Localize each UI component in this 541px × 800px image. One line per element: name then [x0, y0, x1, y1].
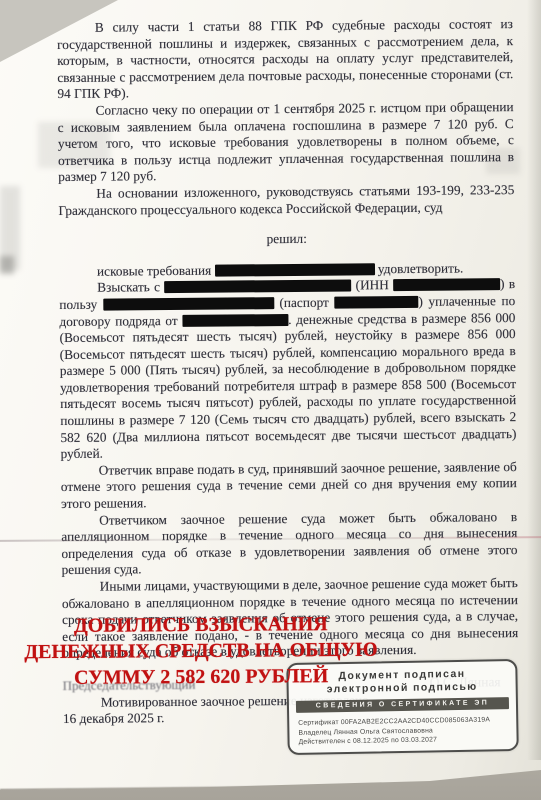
- redaction-bar: [164, 280, 351, 294]
- redaction-bar: [103, 297, 274, 310]
- redaction-bar: [334, 296, 418, 309]
- recovery-segment: . денежные средства в размере 856 000 (В…: [60, 310, 517, 462]
- claims-text-after: удовлетворить.: [374, 260, 463, 276]
- red-annotation-line1: ДОБИЛИСЬ ВЗЫСКАНИЯ: [20, 611, 382, 640]
- recovery-segment: (паспорт: [274, 295, 335, 311]
- red-annotation-overlay: ДОБИЛИСЬ ВЗЫСКАНИЯ ДЕНЕЖНЫХ СРЕДСТВ НА О…: [20, 611, 383, 692]
- redaction-bar: [182, 314, 288, 327]
- paragraph-court-costs: В силу части 1 статьи 88 ГПК РФ судебные…: [57, 16, 514, 103]
- paragraph-legal-basis: На основании изложенного, руководствуясь…: [58, 182, 514, 219]
- redaction-bar: [214, 263, 374, 276]
- red-annotation-line2: ДЕНЕЖНЫХ СРЕДСТВ НА ОБЩУЮ: [20, 637, 382, 666]
- claims-text-before: исковые требования: [97, 262, 215, 278]
- paragraph-recovery-order: Взыскать с (ИНН ) в пользу (паспорт ) уп…: [59, 276, 517, 463]
- stamp-certificate-details: Сертификат 00FA2AB2E2CC2AA2CD40CCD085063…: [289, 709, 517, 748]
- paragraph-appeal-defendant: Ответчиком заочное решение суда может бы…: [61, 509, 518, 579]
- paragraph-state-fee: Согласно чеку по операции от 1 сентября …: [58, 99, 515, 186]
- decision-heading: решил:: [59, 229, 515, 250]
- redaction-bar: [393, 278, 500, 291]
- paragraph-defendant-rights: Ответчик вправе подать в суд, принявший …: [61, 459, 517, 513]
- recovery-segment: (ИНН: [351, 277, 393, 292]
- photo-background: В силу части 1 статьи 88 ГПК РФ судебные…: [0, 0, 541, 800]
- recovery-segment: Взыскать с: [97, 279, 164, 295]
- red-annotation-line3: СУММУ 2 582 620 РУБЛЕЙ: [20, 663, 382, 692]
- paper-bottom-edge: [0, 783, 541, 792]
- document-page: В силу части 1 статьи 88 ГПК РФ судебные…: [0, 0, 541, 800]
